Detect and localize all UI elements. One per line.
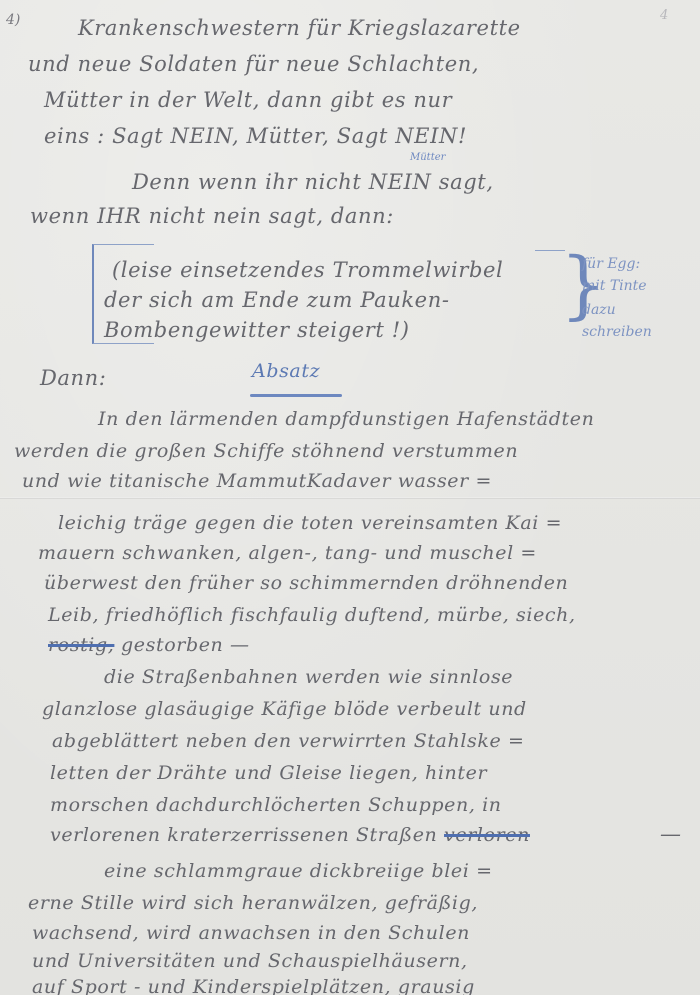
text-line-11: werden die großen Schiffe stöhnend verst… xyxy=(14,440,518,462)
text-line-26: wachsend, wird anwachsen in den Schulen xyxy=(32,922,470,944)
text-line-15: überwest den früher so schimmernden dröh… xyxy=(44,572,568,594)
text-line-23: verlorenen kraterzerrissenen Straßen ver… xyxy=(50,824,530,846)
line-17-text: gestorben — xyxy=(121,634,250,656)
struck-word-verloren: verloren xyxy=(444,824,530,846)
text-line-19: glanzlose glasäugige Käfige blöde verbeu… xyxy=(42,698,527,720)
line-4-text: eins : Sagt NEIN, Mütter, Sagt NEIN! xyxy=(44,124,467,148)
page-number-pencil: 4 xyxy=(660,8,668,23)
text-line-1: Krankenschwestern für Kriegslazarette xyxy=(78,16,521,40)
text-line-6: wenn IHR nicht nein sagt, dann: xyxy=(30,204,394,228)
text-line-3: Mütter in der Welt, dann gibt es nur xyxy=(44,88,452,112)
text-line-10: In den lärmenden dampfdunstigen Hafenstä… xyxy=(98,408,594,430)
margin-note-line-2: mit Tinte xyxy=(582,278,647,294)
paper-fold-line xyxy=(0,497,700,499)
absatz-underline xyxy=(250,394,342,397)
text-line-18: die Straßenbahnen werden wie sinnlose xyxy=(104,666,513,688)
manuscript-page: 4) 4 Krankenschwestern für Kriegslazaret… xyxy=(0,0,700,995)
stage-direction-line-2: der sich am Ende zum Pauken- xyxy=(104,288,450,312)
insertion-note-muetter: Mütter xyxy=(410,152,445,163)
text-line-dann: Dann: xyxy=(40,366,106,390)
text-line-27: und Universitäten und Schauspielhäusern, xyxy=(32,950,468,972)
text-line-20: abgeblättert neben den verwirrten Stahls… xyxy=(52,730,524,752)
text-line-28: auf Sport - und Kinderspielplätzen, grau… xyxy=(32,976,475,995)
line-23-text: verlorenen kraterzerrissenen Straßen xyxy=(50,824,437,846)
text-line-17: rostig, gestorben — xyxy=(48,634,250,656)
text-line-14: mauern schwanken, algen-, tang- und musc… xyxy=(38,542,537,564)
text-line-22: morschen dachdurchlöcherten Schuppen, in xyxy=(50,794,502,816)
text-line-21: letten der Drähte und Gleise liegen, hin… xyxy=(50,762,487,784)
stage-direction-line-3: Bombengewitter steigert !) xyxy=(104,318,410,342)
margin-note-line-4: schreiben xyxy=(582,324,652,340)
absatz-annotation: Absatz xyxy=(252,360,320,382)
text-line-24: eine schlammgraue dickbreiige blei = xyxy=(104,860,493,882)
struck-word-rostig: rostig, xyxy=(48,634,114,656)
page-number: 4) xyxy=(6,12,20,28)
text-line-5: Denn wenn ihr nicht NEIN sagt, xyxy=(132,170,494,194)
margin-note-line-1: für Egg: xyxy=(582,256,640,272)
text-line-16: Leib, friedhöflich fischfaulig duftend, … xyxy=(48,604,576,626)
stage-direction-line-1: (leise einsetzendes Trommelwirbel xyxy=(112,258,503,282)
text-line-4: eins : Sagt NEIN, Mütter, Sagt NEIN! xyxy=(44,124,467,148)
line-23-dash: — xyxy=(660,822,681,846)
margin-note-line-3: dazu xyxy=(582,302,616,318)
text-line-12: und wie titanische MammutKadaver wasser … xyxy=(22,470,492,492)
text-line-25: erne Stille wird sich heranwälzen, gefrä… xyxy=(28,892,478,914)
text-line-13: leichig träge gegen die toten vereinsamt… xyxy=(58,512,562,534)
text-line-2: und neue Soldaten für neue Schlachten, xyxy=(28,52,479,76)
